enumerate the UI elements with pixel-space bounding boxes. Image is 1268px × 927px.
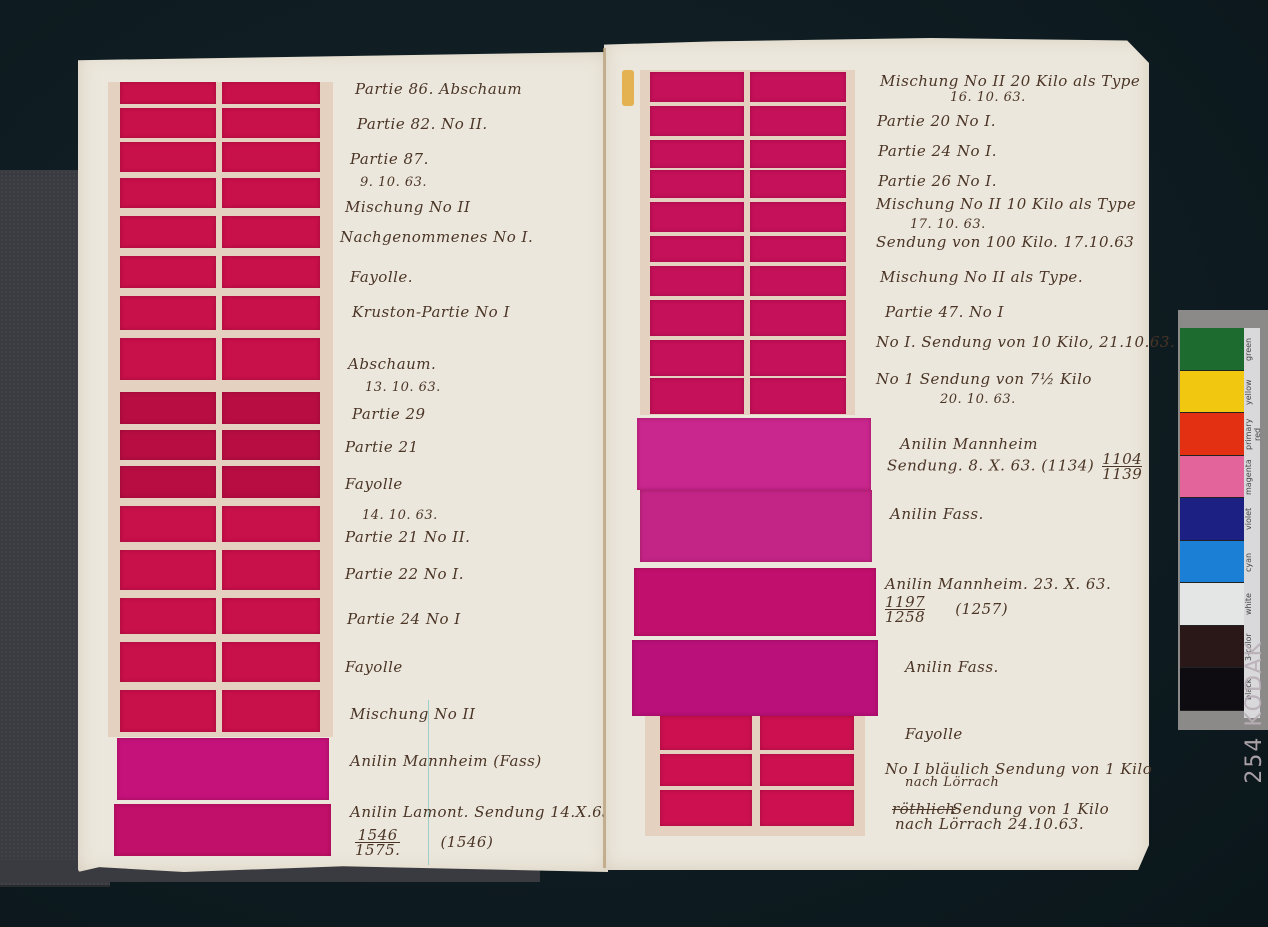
checker-brand: KODAK xyxy=(1242,640,1267,727)
fabric-swatch xyxy=(120,550,216,590)
fabric-swatch xyxy=(650,300,744,336)
fabric-swatch xyxy=(660,790,752,826)
entry-text: (1546) xyxy=(440,833,493,851)
handwritten-entry: Partie 22 No I. xyxy=(345,565,464,583)
handwritten-entry: Anilin Mannheim xyxy=(900,435,1038,453)
color-patch-cyan xyxy=(1180,541,1244,584)
fabric-swatch xyxy=(120,392,216,424)
color-patch-3-color xyxy=(1180,626,1244,669)
fabric-swatch xyxy=(750,300,846,336)
fraction-denominator: 1258 xyxy=(885,608,925,626)
fraction: 15461575. xyxy=(355,828,400,857)
fabric-swatch xyxy=(222,338,320,380)
kodak-label: 254 KODAK xyxy=(1242,640,1267,784)
fabric-swatch xyxy=(222,142,320,172)
fabric-swatch xyxy=(120,642,216,682)
fabric-swatch xyxy=(222,82,320,104)
handwritten-entry: Mischung No II xyxy=(345,198,470,216)
handwritten-entry: Fayolle. xyxy=(350,268,413,286)
fabric-swatch xyxy=(660,754,752,786)
fabric-swatch-wide xyxy=(632,640,878,716)
fabric-swatch xyxy=(760,790,854,826)
handwritten-entry: Partie 87. xyxy=(350,150,429,168)
fabric-swatch xyxy=(750,378,846,414)
fabric-swatch xyxy=(120,178,216,208)
fabric-swatch xyxy=(222,598,320,634)
fraction-denominator: 1139 xyxy=(1102,465,1142,483)
handwritten-entry: 17. 10. 63. xyxy=(910,217,986,232)
fabric-swatch-wide xyxy=(640,490,872,562)
fabric-swatch xyxy=(750,266,846,296)
fabric-swatch xyxy=(650,202,744,232)
handwritten-entry: Abschaum. xyxy=(348,355,436,373)
fabric-swatch-wide xyxy=(114,804,331,856)
fabric-swatch xyxy=(222,466,320,498)
fabric-swatch xyxy=(120,108,216,138)
handwritten-entry: Fayolle xyxy=(345,475,403,493)
fabric-swatch xyxy=(222,296,320,330)
handwritten-entry: Partie 24 No I. xyxy=(878,142,997,160)
handwritten-entry: 11971258(1257) xyxy=(885,595,1008,624)
book-gutter xyxy=(603,48,606,868)
fabric-swatch xyxy=(222,550,320,590)
fabric-swatch xyxy=(120,466,216,498)
handwritten-entry: Anilin Fass. xyxy=(890,505,984,523)
fabric-swatch xyxy=(650,106,744,136)
fabric-swatch xyxy=(222,108,320,138)
fabric-swatch xyxy=(222,430,320,460)
fraction: 11971258 xyxy=(885,595,925,624)
handwritten-entry: Sendung. 8. X. 63. (1134)11041139 xyxy=(887,452,1142,481)
fabric-swatch-wide xyxy=(637,418,871,490)
fabric-swatch xyxy=(760,716,854,750)
handwritten-entry: Kruston-Partie No I xyxy=(352,303,510,321)
handwritten-entry: Anilin Mannheim. 23. X. 63. xyxy=(885,575,1111,593)
handwritten-entry: Partie 82. No II. xyxy=(357,115,488,133)
fabric-swatch xyxy=(120,216,216,248)
handwritten-entry: Anilin Mannheim (Fass) xyxy=(350,752,542,770)
entry-text: (1257) xyxy=(955,600,1008,618)
color-patch-black xyxy=(1180,668,1244,711)
color-label: cyan xyxy=(1244,541,1260,583)
fabric-swatch xyxy=(750,202,846,232)
fabric-swatch xyxy=(750,340,846,376)
color-label: white xyxy=(1244,583,1260,625)
color-patch-green xyxy=(1180,328,1244,371)
fabric-swatch xyxy=(660,716,752,750)
handwritten-entry: Anilin Fass. xyxy=(905,658,999,676)
handwritten-entry: No I. Sendung von 10 Kilo, 21.10.63. xyxy=(876,333,1175,351)
fraction-denominator: 1575. xyxy=(355,841,400,859)
fabric-swatch-wide xyxy=(117,738,329,800)
handwritten-entry: Mischung No II 20 Kilo als Type xyxy=(880,72,1140,90)
fabric-swatch xyxy=(222,216,320,248)
handwritten-entry: Mischung No II xyxy=(350,705,475,723)
checker-number: 254 xyxy=(1242,736,1267,784)
color-label: yellow xyxy=(1244,371,1260,413)
fabric-swatch xyxy=(222,256,320,288)
handwritten-entry: Mischung No II als Type. xyxy=(880,268,1083,286)
handwritten-entry: Partie 29 xyxy=(352,405,426,423)
handwritten-entry: No 1 Sendung von 7½ Kilo xyxy=(876,370,1092,388)
fabric-swatch xyxy=(222,642,320,682)
fabric-swatch xyxy=(222,392,320,424)
handwritten-entry: nach Lörrach xyxy=(905,775,999,790)
fabric-swatch xyxy=(222,690,320,732)
handwritten-entry: Mischung No II 10 Kilo als Type xyxy=(876,195,1136,213)
handwritten-entry: Anilin Lamont. Sendung 14.X.63. xyxy=(350,803,617,821)
handwritten-entry: Fayolle xyxy=(345,658,403,676)
fabric-swatch xyxy=(750,170,846,198)
entry-text: Sendung. 8. X. 63. (1134) xyxy=(887,457,1094,475)
color-label: magenta xyxy=(1244,456,1260,498)
handwritten-entry: Partie 26 No I. xyxy=(878,172,997,190)
fabric-swatch xyxy=(750,72,846,102)
fabric-swatch xyxy=(750,236,846,262)
handwritten-entry: 15461575.(1546) xyxy=(355,828,493,857)
handwritten-entry: 20. 10. 63. xyxy=(940,392,1016,407)
handwritten-entry: Partie 47. No I xyxy=(885,303,1004,321)
yellow-tape-mark xyxy=(622,70,634,106)
fabric-swatch xyxy=(650,340,744,376)
handwritten-entry: Sendung von 100 Kilo. 17.10.63 xyxy=(876,233,1134,251)
fabric-swatch xyxy=(650,170,744,198)
fabric-swatch xyxy=(760,754,854,786)
handwritten-entry: 13. 10. 63. xyxy=(365,380,441,395)
color-label: primary red xyxy=(1244,413,1260,455)
color-patch-white xyxy=(1180,583,1244,626)
fabric-swatch xyxy=(120,338,216,380)
handwritten-entry: Partie 20 No I. xyxy=(877,112,996,130)
handwritten-entry: Fayolle xyxy=(905,725,963,743)
fabric-swatch xyxy=(650,378,744,414)
handwritten-entry: Partie 86. Abschaum xyxy=(355,80,522,98)
fabric-swatch-wide xyxy=(634,568,876,636)
handwritten-entry: Nachgenommenes No I. xyxy=(340,228,533,246)
handwritten-entry: 14. 10. 63. xyxy=(362,508,438,523)
fabric-swatch xyxy=(120,82,216,104)
fabric-swatch xyxy=(650,140,744,168)
fabric-swatch xyxy=(120,506,216,542)
fabric-swatch xyxy=(222,178,320,208)
handwritten-entry: 9. 10. 63. xyxy=(360,175,427,190)
fabric-swatch xyxy=(120,690,216,732)
color-patch-magenta xyxy=(1180,456,1244,499)
color-label: violet xyxy=(1244,498,1260,540)
fabric-swatch xyxy=(650,266,744,296)
handwritten-entry: Partie 21 xyxy=(345,438,419,456)
fabric-swatch xyxy=(120,256,216,288)
fabric-swatch xyxy=(750,140,846,168)
handwritten-entry: 16. 10. 63. xyxy=(950,90,1026,105)
color-checker-patches xyxy=(1180,328,1244,718)
fabric-swatch xyxy=(222,506,320,542)
handwritten-entry: Partie 24 No I xyxy=(347,610,461,628)
color-patch-primary-red xyxy=(1180,413,1244,456)
fabric-swatch xyxy=(120,430,216,460)
fabric-swatch xyxy=(120,598,216,634)
color-label: green xyxy=(1244,328,1260,370)
fabric-swatch xyxy=(650,236,744,262)
fabric-swatch xyxy=(750,106,846,136)
handwritten-entry: nach Lörrach 24.10.63. xyxy=(895,815,1084,833)
fabric-swatch xyxy=(650,72,744,102)
fabric-swatch xyxy=(120,142,216,172)
color-patch-violet xyxy=(1180,498,1244,541)
fabric-swatch xyxy=(120,296,216,330)
fraction: 11041139 xyxy=(1102,452,1142,481)
color-patch-yellow xyxy=(1180,371,1244,414)
handwritten-entry: Partie 21 No II. xyxy=(345,528,470,546)
